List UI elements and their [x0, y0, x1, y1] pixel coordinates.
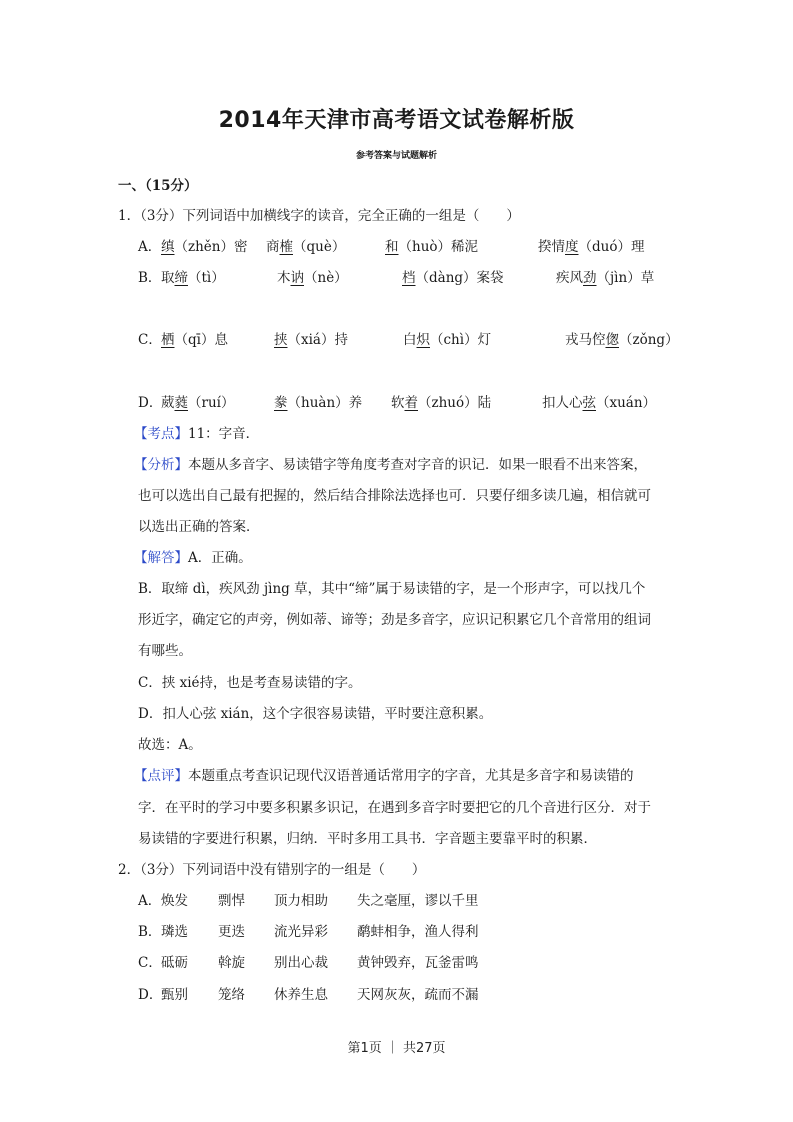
jieda-tag: 【解答】 [134, 550, 188, 566]
q1-option-a: A． 缜（zhěn）密 商榷（què） 和（huò）稀泥 揆情度（duó）理 [138, 238, 698, 256]
page-number: 第1页 ｜ 共27页 [0, 1037, 793, 1056]
option-label: A． [138, 238, 161, 256]
q1-jieda-line5: C．挟 xié持，也是考查易读错的字。 [138, 674, 362, 692]
q1-dianping-line1: 【点评】本题重点考查识记现代汉语普通话常用字的字音，尤其是多音字和易读错的 [134, 767, 634, 785]
option-item: 和（huò）稀泥 [385, 238, 478, 256]
question-1-stem: 1．（3分）下列词语中加横线字的读音，完全正确的一组是（ ） [118, 207, 520, 225]
option-item: 白炽（chì）灯 [403, 331, 491, 349]
document-page: 2014年天津市高考语文试卷解析版 参考答案与试题解析 一、（15分） 1．（3… [0, 0, 793, 1122]
q1-jieda-line6: D．扣人心弦 xián，这个字很容易读错，平时要注意积累。 [138, 705, 492, 723]
q1-jieda-line3: 形近字，确定它的声旁，例如蒂、谛等；劲是多音字，应识记积累它几个音常用的组词 [138, 611, 651, 629]
kaodian-tag: 【考点】 [134, 426, 188, 442]
dianping-tag: 【点评】 [134, 768, 188, 784]
fenxi-tag: 【分析】 [134, 457, 188, 473]
q1-dianping-line2: 字．在平时的学习中要多积累多识记，在遇到多音字时要把它的几个音进行区分．对于 [138, 799, 651, 817]
q1-jieda-line2: B．取缔 dì，疾风劲 jìng 草，其中“缔”属于易读错的字，是一个形声字，可… [138, 580, 645, 598]
option-label: D． [138, 394, 162, 412]
option-item: 栖（qī）息 [161, 331, 228, 349]
q1-fenxi-line1: 【分析】本题从多音字、易读错字等角度考查对字音的识记．如果一眼看不出来答案， [134, 456, 647, 474]
option-item: 挟（xiá）持 [274, 331, 348, 349]
option-item: 扣人心弦（xuán） [542, 394, 656, 412]
q1-option-c: C． 栖（qī）息 挟（xiá）持 白炽（chì）灯 戎马倥偬（zǒng） [138, 331, 698, 349]
q1-jieda-line7: 故选：A。 [138, 736, 202, 754]
q2-option-c: C． 砥砺 斡旋 别出心裁 黄钟毁弃，瓦釜雷鸣 [138, 954, 538, 972]
document-subtitle: 参考答案与试题解析 [0, 148, 793, 161]
option-item: 揆情度（duó）理 [538, 238, 644, 256]
option-item: 商榷（què） [266, 238, 345, 256]
q1-kaodian: 【考点】11：字音． [134, 425, 259, 443]
question-2-stem: 2．（3分）下列词语中没有错别字的一组是（ ） [118, 861, 425, 879]
q2-option-d: D． 甄别 笼络 休养生息 天网灰灰，疏而不漏 [138, 986, 538, 1004]
q1-jieda-line1: 【解答】A．正确。 [134, 549, 252, 567]
q1-jieda-line4: 有哪些。 [138, 642, 192, 660]
option-item: 档（dàng）案袋 [402, 269, 504, 287]
q1-option-b: B． 取缔（tì） 木讷（nè） 档（dàng）案袋 疾风劲（jìn）草 [138, 269, 698, 287]
q1-fenxi-line3: 以选出正确的答案． [138, 518, 260, 536]
section-heading: 一、（15分） [118, 177, 198, 195]
document-title: 2014年天津市高考语文试卷解析版 [0, 103, 793, 134]
option-item: 取缔（tì） [161, 269, 225, 287]
q2-option-b: B． 璘选 更迭 流光异彩 鹬蚌相争，渔人得利 [138, 923, 538, 941]
q2-option-a: A． 焕发 剽悍 顶力相助 失之毫厘，谬以千里 [138, 892, 538, 910]
kaodian-text: 11：字音． [188, 426, 259, 442]
option-item: 疾风劲（jìn）草 [556, 269, 654, 287]
q1-option-d: D． 葳蕤（ruí） 豢（huàn）养 软着（zhuó）陆 扣人心弦（xuán） [138, 394, 698, 412]
q1-dianping-line3: 易读错的字要进行积累，归纳．平时多用工具书．字音题主要靠平时的积累． [138, 830, 597, 848]
option-item: 戎马倥偬（zǒng） [565, 331, 679, 349]
option-label: B． [138, 269, 161, 287]
q1-fenxi-line2: 也可以选出自己最有把握的，然后结合排除法选择也可．只要仔细多读几遍，相信就可 [138, 487, 651, 505]
option-item: 葳蕤（ruí） [161, 394, 234, 412]
option-item: 豢（huàn）养 [274, 394, 362, 412]
option-item: 缜（zhěn）密 [161, 238, 248, 256]
option-item: 软着（zhuó）陆 [391, 394, 491, 412]
option-item: 木讷（nè） [277, 269, 348, 287]
option-label: C． [138, 331, 162, 349]
